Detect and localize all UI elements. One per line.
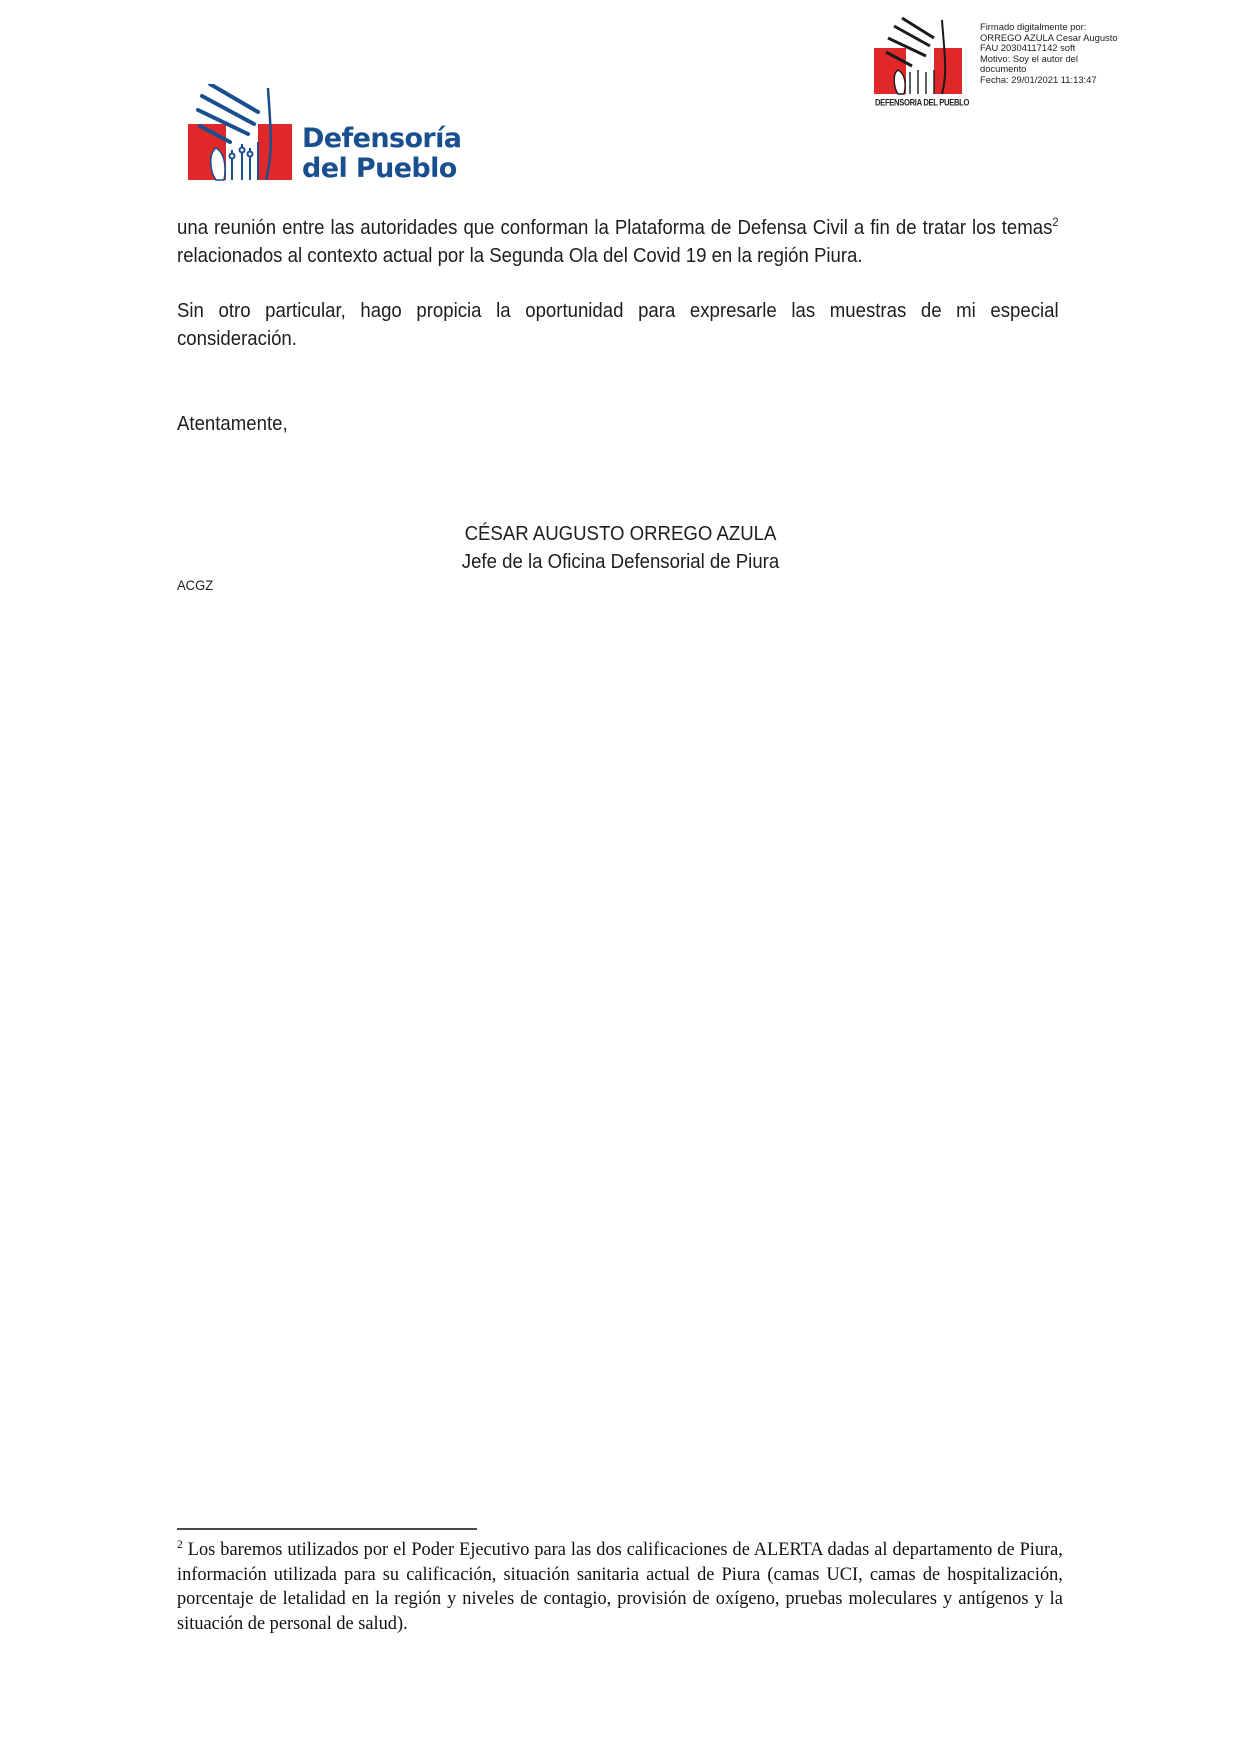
footnote-reference: 2	[1052, 215, 1058, 229]
signature-line: Fecha: 29/01/2021 11:13:47	[980, 75, 1118, 86]
footnote-text: Los baremos utilizados por el Poder Ejec…	[177, 1539, 1063, 1634]
signatory-name: CÉSAR AUGUSTO ORREGO AZULA	[43, 520, 1197, 548]
signatory-title: Jefe de la Oficina Defensorial de Piura	[43, 548, 1197, 576]
defensoria-logo-icon	[872, 10, 972, 110]
paragraph-closing-remarks: Sin otro particular, hago propicia la op…	[177, 297, 1059, 353]
footnote-separator	[177, 1528, 477, 1530]
closing-salutation: Atentamente,	[177, 410, 997, 438]
defensoria-del-pueblo-logo: Defensoría del Pueblo	[188, 84, 448, 188]
signature-details: Firmado digitalmente por: ORREGO AZULA C…	[980, 22, 1118, 86]
paragraph-meeting: una reunión entre las autoridades que co…	[177, 214, 1059, 270]
signature-line: Firmado digitalmente por:	[980, 22, 1118, 33]
logo-line-1: Defensoría	[302, 124, 461, 154]
paragraph-text: relacionados al contexto actual por la S…	[177, 245, 863, 267]
reference-initials: ACGZ	[177, 577, 213, 593]
logo-line-2: del Pueblo	[302, 154, 461, 184]
hand-and-people-icon	[188, 84, 294, 184]
stamp-caption: DEFENSORIA DEL PUEBLO	[875, 97, 969, 108]
logo-wordmark: Defensoría del Pueblo	[302, 124, 461, 184]
signatory-block: CÉSAR AUGUSTO ORREGO AZULA Jefe de la Of…	[0, 520, 1241, 576]
paragraph-text: una reunión entre las autoridades que co…	[177, 217, 1052, 239]
digital-signature-stamp: DEFENSORIA DEL PUEBLO Firmado digitalmen…	[872, 10, 1232, 110]
footnote: 2 Los baremos utilizados por el Poder Ej…	[177, 1538, 1063, 1636]
